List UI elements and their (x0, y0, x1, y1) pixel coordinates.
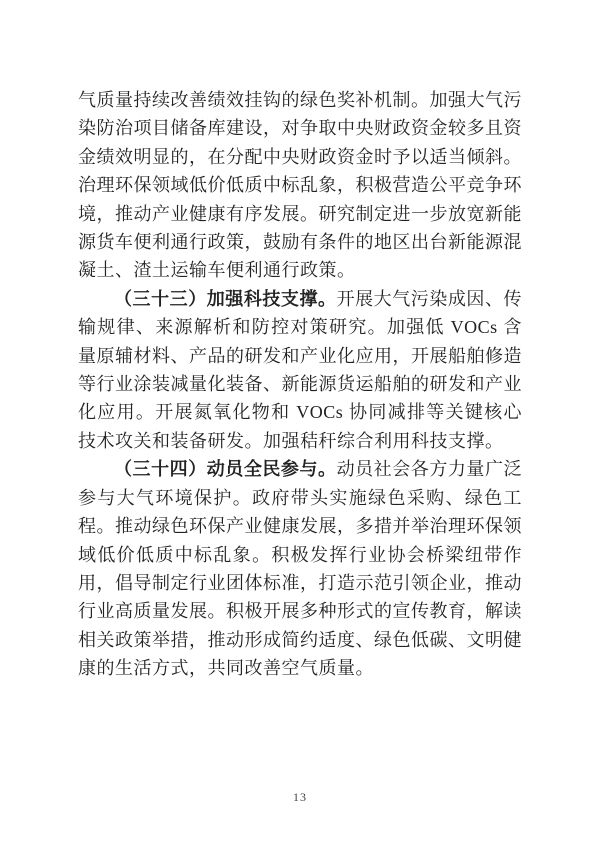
paragraph-continuation: 气质量持续改善绩效挂钩的绿色奖补机制。加强大气污染防治项目储备库建设，对争取中央… (78, 86, 522, 285)
section-heading: （三十四）动员全民参与。 (114, 459, 337, 479)
paragraph-section-34: （三十四）动员全民参与。动员社会各方力量广泛参与大气环境保护。政府带头实施绿色采… (78, 455, 522, 682)
paragraph-text: 动员社会各方力量广泛参与大气环境保护。政府带头实施绿色采购、绿色工程。推动绿色环… (78, 459, 522, 678)
paragraph-section-33: （三十三）加强科技支撑。开展大气污染成因、传输规律、来源解析和防控对策研究。加强… (78, 285, 522, 455)
page-number: 13 (0, 790, 600, 805)
paragraph-text: 气质量持续改善绩效挂钩的绿色奖补机制。加强大气污染防治项目储备库建设，对争取中央… (78, 90, 522, 280)
document-body: 气质量持续改善绩效挂钩的绿色奖补机制。加强大气污染防治项目储备库建设，对争取中央… (78, 86, 522, 683)
paragraph-text: 开展大气污染成因、传输规律、来源解析和防控对策研究。加强低 VOCs 含量原辅材… (78, 289, 522, 451)
document-page: 气质量持续改善绩效挂钩的绿色奖补机制。加强大气污染防治项目储备库建设，对争取中央… (0, 0, 600, 848)
section-heading: （三十三）加强科技支撑。 (114, 289, 337, 309)
